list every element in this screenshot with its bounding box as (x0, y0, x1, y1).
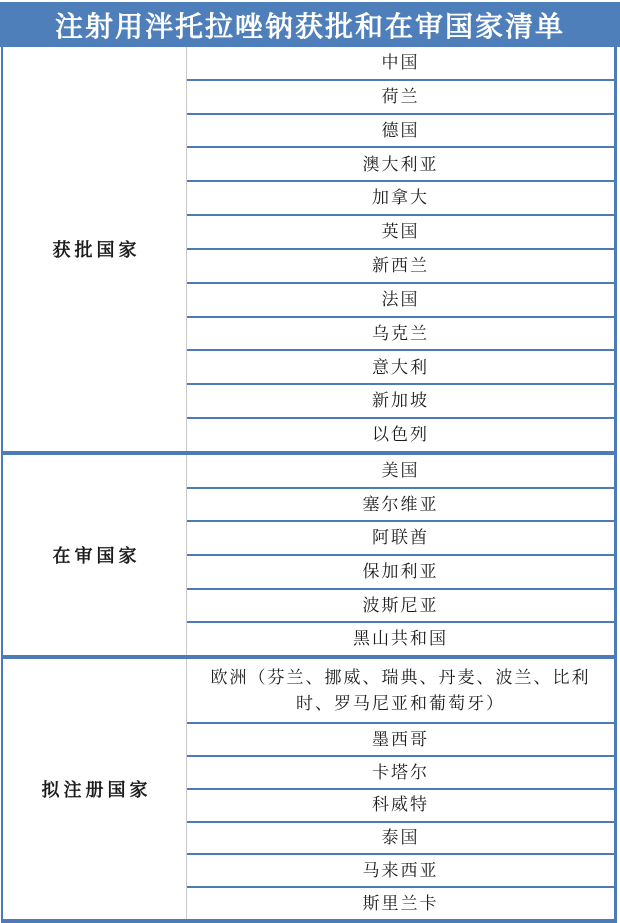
country-cell: 以色列 (187, 417, 614, 451)
table-section: 获批国家中国荷兰德国澳大利亚加拿大英国新西兰法国乌克兰意大利新加坡以色列 (3, 47, 614, 455)
country-cell: 中国 (187, 47, 614, 79)
country-cell: 欧洲（芬兰、挪威、瑞典、丹麦、波兰、比利时、罗马尼亚和葡萄牙） (187, 659, 614, 722)
country-cell: 意大利 (187, 349, 614, 383)
pantoprazole-country-list-table: 注射用泮托拉唑钠获批和在审国家清单 获批国家中国荷兰德国澳大利亚加拿大英国新西兰… (0, 0, 620, 923)
table-section: 在审国家美国塞尔维亚阿联酋保加利亚波斯尼亚黑山共和国 (3, 455, 614, 659)
section-label: 在审国家 (3, 455, 187, 655)
country-cell: 马来西亚 (187, 853, 614, 886)
country-cell: 塞尔维亚 (187, 487, 614, 521)
section-rows: 美国塞尔维亚阿联酋保加利亚波斯尼亚黑山共和国 (187, 455, 614, 655)
country-cell: 阿联酋 (187, 520, 614, 554)
section-rows: 欧洲（芬兰、挪威、瑞典、丹麦、波兰、比利时、罗马尼亚和葡萄牙）墨西哥卡塔尔科威特… (187, 659, 614, 919)
country-cell: 科威特 (187, 788, 614, 821)
country-cell: 德国 (187, 113, 614, 147)
country-cell: 保加利亚 (187, 554, 614, 588)
country-cell: 荷兰 (187, 79, 614, 113)
country-cell: 澳大利亚 (187, 146, 614, 180)
country-cell: 乌克兰 (187, 316, 614, 350)
country-cell: 斯里兰卡 (187, 886, 614, 919)
country-cell: 波斯尼亚 (187, 588, 614, 622)
section-label: 拟注册国家 (3, 659, 187, 919)
country-cell: 加拿大 (187, 180, 614, 214)
country-cell: 新西兰 (187, 248, 614, 282)
country-cell: 美国 (187, 455, 614, 487)
table-title: 注射用泮托拉唑钠获批和在审国家清单 (0, 2, 620, 47)
country-cell: 新加坡 (187, 383, 614, 417)
table-section: 拟注册国家欧洲（芬兰、挪威、瑞典、丹麦、波兰、比利时、罗马尼亚和葡萄牙）墨西哥卡… (3, 659, 614, 919)
country-cell: 英国 (187, 214, 614, 248)
section-rows: 中国荷兰德国澳大利亚加拿大英国新西兰法国乌克兰意大利新加坡以色列 (187, 47, 614, 451)
section-label: 获批国家 (3, 47, 187, 451)
country-cell: 法国 (187, 282, 614, 316)
country-cell: 墨西哥 (187, 722, 614, 755)
country-cell: 黑山共和国 (187, 621, 614, 655)
country-cell: 泰国 (187, 821, 614, 854)
table-grid: 获批国家中国荷兰德国澳大利亚加拿大英国新西兰法国乌克兰意大利新加坡以色列在审国家… (1, 47, 617, 923)
country-cell: 卡塔尔 (187, 755, 614, 788)
